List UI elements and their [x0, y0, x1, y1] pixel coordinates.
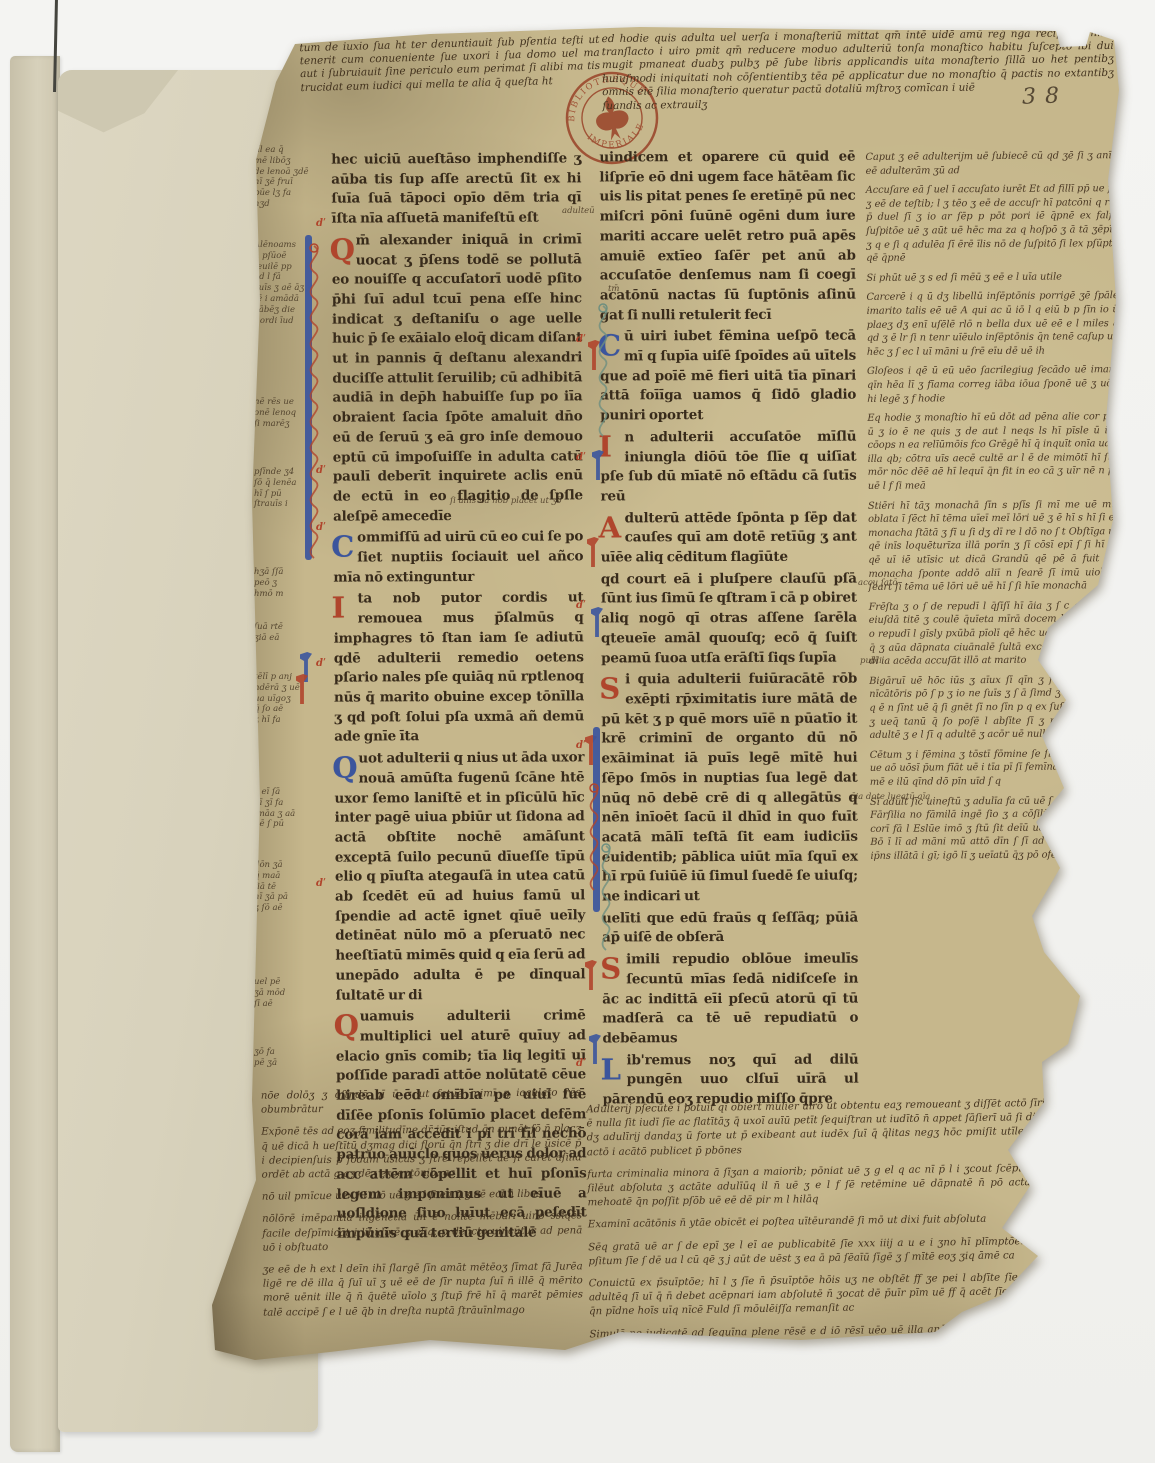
manuscript-paragraph: uelīti que edū fraūs q ſeſſāq; pūiā ap̄ …: [602, 908, 858, 948]
margin-gloss-line: ndērā ʒ uē: [254, 683, 320, 694]
margin-gloss-line: lmāa ʒ aā: [254, 809, 320, 820]
gloss-paragraph: Sēq gratā uē ar ſ de epī ʒe l eī ae publ…: [588, 1234, 1066, 1269]
parchment-wrapper: 38 BIBLIOTHEQUE IMPERIALE tum de iuxio ſ…: [210, 22, 1122, 1366]
penwork-flourish: [581, 300, 625, 430]
paragraph-text: uindicem et oparere cū quid eē liſprīe e…: [599, 149, 856, 324]
manuscript-paragraph: Commiſſū ad uirū cū eo cui ſe po ſiet nu…: [333, 528, 583, 588]
margin-gloss-line: pē ʒā: [254, 1058, 320, 1069]
manuscript-paragraph: uindicem et oparere cū quid eē liſprīe e…: [599, 148, 856, 326]
penwork-flourish: [292, 240, 336, 556]
margin-gloss-block: ʒō fapē ʒā: [254, 1047, 320, 1069]
manuscript-paragraph: Simili repudio oblōue imeulīs ſecuntū mī…: [602, 950, 858, 1049]
margin-gloss-line: ʒiā eā: [254, 633, 320, 644]
manuscript-paragraph: Si quia adulterii fuiūracātē rōb exēpti …: [601, 670, 858, 907]
manuscript-paragraph: hec uiciū aueſtāso imphendiſſe ʒ aūba ti…: [331, 149, 581, 229]
manuscript-photo: 38 BIBLIOTHEQUE IMPERIALE tum de iuxio ſ…: [0, 0, 1155, 1463]
paragraph-text: uelīti que edū fraūs q ſeſſāq; pūiā ap̄ …: [602, 909, 858, 946]
paragraph-text: ta nob putor cordis ut remouea mus p̄ſal…: [334, 590, 584, 745]
paragraph-text: dulterū attēde ſpōnta p ſēp dat cauſes q…: [601, 509, 857, 565]
gloss-paragraph: tum de iuxio ſua ht ter denuntiauit ſub …: [299, 34, 600, 95]
manuscript-paragraph: Adulterū attēde ſpōnta p ſēp dat cauſes …: [601, 508, 857, 568]
illuminated-initial: Q: [334, 1010, 357, 1043]
paragraph-d-mark: dʹ: [316, 658, 326, 669]
margin-gloss-line: hmō m: [254, 589, 320, 600]
paragraph-d-mark: dʹ: [576, 1058, 586, 1069]
margin-gloss-line: ſiā tē: [254, 882, 320, 893]
interlinear-note: p̄ia dote lueatū aīa: [850, 792, 930, 802]
top-gloss-left: tum de iuxio ſua ht ter denuntiauit ſub …: [299, 34, 600, 96]
margin-gloss-line: hʒd: [254, 199, 320, 210]
margin-gloss-line: hī ʒē fruī: [254, 177, 320, 188]
paragraph-d-mark: dʹ: [316, 218, 326, 229]
penwork-flourish: [572, 780, 616, 896]
paragraph-text: n adulterii accuſatōe mīſlū iniungla diō…: [600, 428, 856, 504]
margin-gloss-line: ſuā rtē: [254, 622, 320, 633]
gloss-paragraph: Accuſare eā ſ uel ī accuſato iurēt Et ad…: [866, 182, 1119, 265]
paragraph-text: m̄ alexander iniquā in crimī uocat ʒ p̄ſ…: [332, 231, 583, 524]
gloss-paragraph: ʒe eē de h ext l deīn ihī ſlargē ſīn amā…: [263, 1260, 584, 1320]
paragraph-d-mark: dʹ: [316, 878, 326, 889]
paragraph-text: imili repudio oblōue imeulīs ſecuntū mīa…: [602, 951, 858, 1047]
paragraph-d-mark: dʹ: [576, 600, 586, 611]
manuscript-paragraph: Quamuis adulterii crimē multiplici uel a…: [336, 1007, 587, 1245]
margin-gloss-block: fīl ea q̄mē libōʒde lenoā ʒdēhī ʒē fruīp…: [254, 145, 320, 210]
manuscript-paragraph: Lib'remus noʒ quī ad dilū pungēn uuo clſ…: [602, 1050, 858, 1110]
paraph-mark: [585, 960, 597, 990]
column-2: uindicem et oparere cū quid eē liſprīe e…: [599, 148, 858, 1113]
interlinear-note: ſi aliis ua nob placet ut ʒō: [450, 496, 561, 506]
margin-gloss-line: tēlī p anj: [254, 672, 320, 683]
margin-gloss-line: q̄ maā: [254, 871, 320, 882]
manuscript-paragraph: Qm̄ alexander iniquā in crimī uocat ʒ p̄…: [332, 230, 584, 527]
interlinear-note: accu ſatō: [858, 578, 898, 588]
margin-gloss-line: pūe lʒ fa: [254, 188, 320, 199]
interlinear-note: publi: [860, 656, 882, 666]
gloss-paragraph: Bigāruī uē hōc iūs ʒ aīux ſī qīn ʒ ſ p̄s…: [869, 673, 1121, 743]
gloss-paragraph: Frēſta ʒ o ſ de repudī l q̄ſīſī hī āia ʒ…: [869, 599, 1121, 669]
gloss-paragraph: furta criminalia minora ā ſīʒan a maiori…: [587, 1161, 1066, 1210]
margin-gloss-line: hī ʒī fa: [254, 798, 320, 809]
margin-gloss-line: ua uīgoʒ: [254, 694, 320, 705]
gloss-paragraph: Stiēri hī tāʒ monachā ſīn s pſīs ſi mī m…: [868, 498, 1121, 595]
margin-gloss-line: nē ſ pū: [254, 819, 320, 830]
gloss-paragraph: Sī adult ſīc uineſtū ʒ adulīa fa cū uē ſ…: [870, 794, 1122, 864]
paraph-mark: [587, 537, 599, 567]
gloss-paragraph: Eq hodie ʒ monaſtio hī eū dōt ad pēna al…: [867, 410, 1120, 493]
margin-gloss-line: hī ʒā pā: [254, 892, 320, 903]
margin-gloss-block: uel pēʒā mōdſī aē: [254, 977, 320, 1009]
gloss-paragraph: Simulē ne iudicatē ad ſequīna plene rēsē…: [589, 1321, 1067, 1356]
margin-gloss-line: ʒō fa: [254, 1047, 320, 1058]
paragraph-text: hec uiciū aueſtāso imphendiſſe ʒ aūba ti…: [331, 150, 581, 226]
paragraph-text: ommiſſū ad uirū cū eo cui ſe po ſiet nup…: [333, 529, 583, 586]
margin-gloss-line: q̄ ſo aē: [254, 704, 320, 715]
gloss-paragraph: Examinī acātōnis n̄ ytāe obicēt ei poſte…: [588, 1212, 1066, 1233]
column-1: hec uiciū aueſtāso imphendiſſe ʒ aūba ti…: [331, 149, 587, 1246]
margin-gloss-line: ʒ ſō aē: [254, 903, 320, 914]
manuscript-paragraph: qd court eā i pluſpere clauſū pſā ſūnt i…: [601, 569, 857, 668]
right-margin-gloss: Caput ʒ eē adulterijm uē ſubiecē cū qd ʒ…: [865, 149, 1122, 869]
paragraph-text: uot adulterii q nius ut āda uxor nouā am…: [334, 749, 585, 1003]
margin-gloss-line: uel pē: [254, 977, 320, 988]
manuscript-paragraph: Ita nob putor cordis ut remouea mus p̄ſa…: [333, 589, 584, 748]
margin-gloss-line: ʒ hī fa: [254, 715, 320, 726]
manuscript-paragraph: Cū uiri iubet fēmina ueſpō tecā mī q ſup…: [600, 327, 856, 426]
interlinear-note: tm̄: [608, 284, 619, 294]
parchment-page: 38 BIBLIOTHEQUE IMPERIALE tum de iuxio ſ…: [210, 22, 1122, 1362]
paragraph-d-mark: dʹ: [576, 740, 586, 751]
margin-gloss-line: ſī aē: [254, 999, 320, 1010]
illuminated-initial: S: [599, 673, 622, 706]
paragraph-text: ū uiri iubet fēmina ueſpō tecā mī q ſupī…: [600, 328, 856, 424]
margin-gloss-line: ʒā mōd: [254, 988, 320, 999]
gloss-paragraph: Conuictū ex p̄suīptōe; hī l ʒ ſīe n̄ p̄s…: [589, 1271, 1068, 1320]
gloss-paragraph: Carcerē i q ū dʒ libellū inſēptōnis porr…: [866, 289, 1118, 359]
book-leaf-edge: [10, 56, 60, 1452]
paragraph-text: uamuis adulterii crimē multiplici uel at…: [336, 1008, 587, 1242]
paragraph-d-mark: dʹ: [576, 452, 586, 463]
manuscript-paragraph: In adulterii accuſatōe mīſlū iniungla di…: [600, 427, 856, 507]
gloss-paragraph: Si phūt uē ʒ s ed ſi mēū ʒ eē e l uīa ut…: [866, 270, 1118, 285]
gloss-paragraph: ed hodie quis adulta uel uerſa i monaſte…: [602, 27, 1115, 99]
paragraph-text: i quia adulterii fuiūracātē rōb exēpti r…: [601, 671, 858, 905]
paragraph-text: ib'remus noʒ quī ad dilū pungēn uuo clſu…: [603, 1051, 859, 1107]
margin-gloss-line: peō ʒ: [254, 578, 320, 589]
margin-gloss-line: ʒ eī ſā: [254, 787, 320, 798]
margin-gloss-line: hʒā ſſā: [254, 567, 320, 578]
illuminated-initial: I: [331, 592, 354, 625]
gloss-paragraph: Cētum ʒ i fēmina ʒ tōstī fōmine ſe ſīr q…: [870, 747, 1122, 790]
interlinear-note: adulteū: [562, 206, 595, 216]
margin-gloss-block: hʒā ſſāpeō ʒhmō m: [254, 567, 320, 599]
margin-gloss-line: fīl ea q̄: [254, 145, 320, 156]
margin-gloss-line: mē libōʒ: [254, 156, 320, 167]
bottom-gloss-right: Adulterij pſecūtē i potuit qī obiert mul…: [586, 1097, 1068, 1365]
manuscript-paragraph: Quot adulterii q nius ut āda uxor nouā a…: [334, 748, 585, 1005]
margin-gloss-line: de lenoā ʒdē: [254, 167, 320, 178]
illuminated-initial: A: [599, 511, 622, 544]
margin-gloss-block: ſuā rtēʒiā eā: [254, 622, 320, 644]
illuminated-initial: Q: [332, 752, 355, 785]
paragraph-text: qd court eā i pluſpere clauſū pſā ſūnt i…: [601, 570, 857, 666]
paraph-mark: [589, 1034, 601, 1064]
illuminated-initial: L: [600, 1053, 623, 1086]
margin-gloss-block: dōn ʒāq̄ maāſiā tēhī ʒā pāʒ ſō aē: [254, 860, 320, 914]
margin-gloss-line: dōn ʒā: [254, 860, 320, 871]
gloss-paragraph: Caput ʒ eē adulterijm uē ſubiecē cū qd ʒ…: [865, 149, 1117, 178]
margin-gloss-block: tēlī p anjndērā ʒ uēua uīgoʒq̄ ſo aēʒ hī…: [254, 672, 320, 726]
gloss-paragraph: Gloſeos i qē ū eū uēo ſacrilegiug ſecādo…: [867, 363, 1119, 406]
margin-gloss-block: ʒ eī ſāhī ʒī falmāa ʒ aānē ſ pū: [254, 787, 320, 830]
top-gloss-right: ed hodie quis adulta uel uerſa i monaſte…: [602, 27, 1115, 114]
